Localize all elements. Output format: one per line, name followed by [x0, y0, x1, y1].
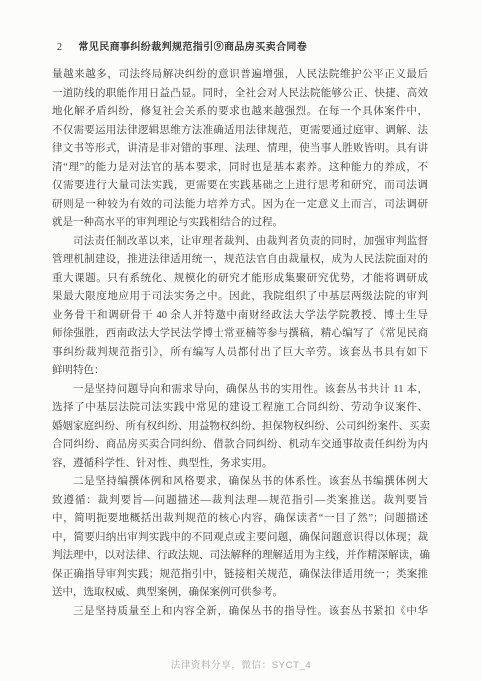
text-line: 选择了中基层法院司法实践中常见的建设工程施工合同纠纷、劳动争议案件、: [52, 399, 428, 418]
text-line: 鲜明特色：: [52, 362, 428, 381]
text-line: 果最大限度地应用于司法实务之中。因此，我院组织了中基层两级法院的审判: [52, 288, 428, 307]
text-line: 重大课题。只有系统化、规模化的研究才能形成集聚研究优势，才能将调研成: [52, 270, 428, 289]
text-line: 研则是一种较为有效的司法能力培养方式。因为在一定意义上而言，司法调研: [52, 196, 428, 215]
text-line: 判法理中，以对法律、行政法规、司法解释的理解适用为主线，并作精深解读，确: [52, 547, 428, 566]
text-line: 送中，选取权威、典型案例，确保案例可供参考。: [52, 584, 428, 603]
text-line: 容，遵循科学性、针对性、典型性，务求实用。: [52, 455, 428, 474]
text-line: 婚姻家庭纠纷、所有权纠纷、用益物权纠纷、担保物权纠纷、公司纠纷案件、买卖: [52, 418, 428, 437]
text-line: 合同纠纷、商品房买卖合同纠纷、借款合同纠纷、机动车交通事故责任纠纷为内: [52, 436, 428, 455]
watermark-text: 法律资料分享，微信：SYCT_4: [0, 657, 482, 671]
text-line: 三是坚持质量至上和内容全新，确保丛书的指导性。该套丛书紧扣《中华: [52, 603, 428, 622]
text-line: 管理机制建设，推进法律适用统一，规范法官自由裁量权，成为人民法院面对的: [52, 251, 428, 270]
text-line: 司法责任制改革以来，让审理者裁判、由裁判者负责的同时，加强审判监督: [52, 233, 428, 252]
text-line: 清“理”的能力是对法官的基本要求，同时也是基本素养。这种能力的养成，不: [52, 159, 428, 178]
text-line: 师徐强胜，西南政法大学民法学博士常亚楠等参与撰稿，精心编写了《常见民商: [52, 325, 428, 344]
book-page: 2 常见民商事纠纷裁判规范指引⑨商品房买卖合同卷 量越来越多，司法终局解决纠纷的…: [0, 0, 482, 681]
text-line: 律文书等形式，讲清是非对错的事理、法理、情理，使当事人胜败皆明。具有讲: [52, 140, 428, 159]
text-line: 量越来越多，司法终局解决纠纷的意识普遍增强，人民法院维护公平正义最后: [52, 66, 428, 85]
text-line: 中，简明扼要地概括出裁判规范的核心内容，确保读者“一目了然”；问题描述: [52, 510, 428, 529]
text-line: 不仅需要运用法律逻辑思维方法准确适用法律规范，更需要通过庭审、调解、法: [52, 122, 428, 141]
text-line: 事纠纷裁判规范指引》，所有编写人员都付出了巨大辛劳。该套丛书具有如下: [52, 344, 428, 363]
text-line: 一道防线的职能作用日益凸显。同时，全社会对人民法院能够公正、快捷、高效: [52, 85, 428, 104]
text-line: 保正确指导审判实践；规范指引中，链接相关规范，确保法律适用统一；类案推: [52, 566, 428, 585]
text-line: 中，简要归纳出审判实践中的不同观点或主要问题，确保问题意识得以体现；裁: [52, 529, 428, 548]
running-head: 2 常见民商事纠纷裁判规范指引⑨商品房买卖合同卷: [57, 38, 434, 53]
text-line: 地化解矛盾纠纷，修复社会关系的要求也越来越强烈。在每一个具体案件中，: [52, 103, 428, 122]
text-line: 业务骨干和调研骨干 40 余人并特邀中南财经政法大学法学院教授、博士生导: [52, 307, 428, 326]
page-body: 量越来越多，司法终局解决纠纷的意识普遍增强，人民法院维护公平正义最后一道防线的职…: [52, 66, 428, 621]
text-line: 就是一种高水平的审判理论与实践相结合的过程。: [52, 214, 428, 233]
text-line: 一是坚持问题导向和需求导向，确保丛书的实用性。该套丛书共计 11 本，: [52, 381, 428, 400]
text-line: 致遵循：裁判要旨—问题描述—裁判法理—规范指引—类案推送。裁判要旨: [52, 492, 428, 511]
page-number: 2: [57, 42, 62, 53]
text-line: 仅需要进行大量司法实践，更需要在实践基础之上进行思考和研究，而司法调: [52, 177, 428, 196]
running-head-title: 常见民商事纠纷裁判规范指引⑨商品房买卖合同卷: [78, 38, 307, 53]
text-line: 二是坚持编撰体例和风格要求，确保丛书的体系性。该套丛书编撰体例大: [52, 473, 428, 492]
